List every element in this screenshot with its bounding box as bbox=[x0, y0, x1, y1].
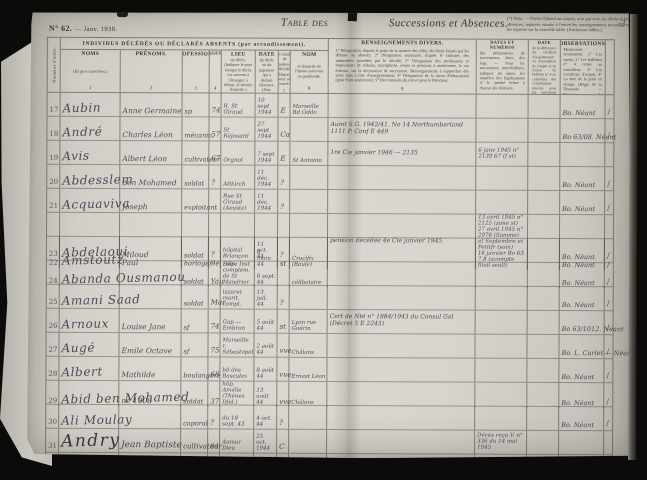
handwritten-num: 26 bbox=[49, 323, 58, 331]
cell-obs: Bo. Néant bbox=[560, 239, 605, 262]
handwritten-num: 19 bbox=[49, 155, 58, 163]
cell-tick bbox=[604, 431, 612, 454]
handwritten-sit: ? bbox=[280, 300, 284, 308]
handwritten-obs: Bo. Néant bbox=[561, 422, 594, 429]
col-number: 8 bbox=[308, 87, 311, 92]
cell-obs: Bo. Néant bbox=[561, 95, 606, 118]
ledger-row: 27AugéEmile Octavesf75Marseille r. Sébas… bbox=[46, 333, 612, 359]
cell-date: 6 sept. 44 bbox=[255, 262, 278, 287]
handwritten-date: 7 sept 1944 bbox=[257, 152, 276, 164]
handwritten-sit: E bbox=[280, 156, 285, 164]
handwritten-date: 13 juil. 44 bbox=[257, 290, 276, 308]
handwritten-nom: Arnoux bbox=[61, 317, 109, 331]
cell-age: 68 bbox=[208, 357, 220, 380]
cell-sit: ? bbox=[277, 406, 289, 429]
handwritten-lieu: Gap — Embrun bbox=[223, 319, 253, 331]
cell-tick: ∕ bbox=[605, 167, 613, 190]
scanned-ledger-photo: { "page": { "form_number": "N° 62.", "fo… bbox=[0, 0, 647, 480]
handwritten-decl: 6 janv 1945 n° 2139 67 (f st) bbox=[478, 148, 526, 160]
handwritten-prof: soldat bbox=[184, 300, 204, 307]
cell-prof: sf bbox=[182, 309, 209, 332]
col-sublabel: de famille de l'individu décédé: célibat… bbox=[279, 52, 291, 87]
handwritten-date: 4 oct. 44 bbox=[256, 416, 275, 428]
cell-num: 25 bbox=[47, 285, 60, 308]
handwritten-prof: sf bbox=[183, 348, 189, 355]
cell-prenoms: Charles Léon bbox=[120, 117, 182, 140]
cell-date2 bbox=[528, 311, 560, 334]
col-header-lieu: LIEU du décès. (Indiquer le pays lorsque… bbox=[222, 51, 256, 93]
cell-decl bbox=[475, 455, 527, 478]
handwritten-date: 5 août 44 bbox=[257, 320, 276, 332]
handwritten-date: 2 août 44 bbox=[256, 344, 275, 356]
handwritten-tick: ∕ bbox=[606, 399, 609, 408]
handwritten-num: 20 bbox=[49, 179, 58, 187]
cell-conjoint bbox=[289, 454, 327, 477]
cell-sit: ? bbox=[278, 238, 290, 261]
handwritten-conjoint: Châlons bbox=[291, 350, 313, 356]
handwritten-rens: 1re Cie janvier 1946 — 2135 bbox=[330, 150, 417, 157]
cell-rens bbox=[328, 238, 476, 262]
handwritten-decl: Décès reçu V. n° 336 du 14 mai 1945 bbox=[477, 433, 525, 451]
cell-lieu: Rue St Giraud (Aouste) bbox=[221, 190, 255, 213]
col-header-ticks bbox=[606, 40, 614, 94]
cell-lieu: Orgnol bbox=[221, 142, 255, 165]
col-label: NOM bbox=[302, 52, 316, 58]
handwritten-lieu: Hôp. complém. de St Mandrier bbox=[223, 262, 253, 286]
handwritten-lieu: Aumur Dieu bbox=[222, 439, 252, 451]
cell-prof: exploitant bbox=[182, 189, 209, 212]
form-number-main: N° 62. bbox=[49, 24, 72, 33]
handwritten-nom: Avis bbox=[62, 149, 90, 163]
cell-sit: C bbox=[277, 430, 289, 453]
cell-date2 bbox=[528, 263, 560, 288]
cell-tick: ∕ bbox=[605, 119, 613, 142]
cell-date: 27 sept 1944 bbox=[255, 118, 278, 141]
cell-decl bbox=[475, 335, 527, 358]
cell-prof: sp bbox=[183, 93, 210, 116]
handwritten-conjoint: St Antonin bbox=[292, 158, 322, 164]
col-sublabel: du décès ou du jugement qui a déclaré l'… bbox=[257, 58, 276, 93]
cell-date2 bbox=[527, 359, 559, 382]
handwritten-age: ? bbox=[211, 180, 215, 188]
handwritten-nom: Andry bbox=[61, 432, 121, 452]
handwritten-tick: ∕ bbox=[607, 204, 610, 213]
cell-obs: Bo 63/1012. Néant bbox=[560, 311, 605, 334]
cell-rens bbox=[328, 286, 476, 310]
cell-decl bbox=[476, 191, 528, 214]
cell-decl: 6 janv 1945 n° 2139 67 (f st) bbox=[476, 143, 528, 166]
cell-tick: ∕ bbox=[604, 407, 612, 430]
cell-date2 bbox=[527, 383, 559, 408]
cell-sit: vve bbox=[277, 382, 289, 407]
cell-rens: Cert de Nté n° 1884/1943 du Consul Gal (… bbox=[328, 310, 476, 334]
handwritten-obs: Bo. Néant bbox=[562, 302, 595, 309]
cell-rens bbox=[327, 430, 475, 454]
handwritten-sit: C bbox=[279, 444, 284, 452]
handwritten-nom: Ali Moulay bbox=[61, 413, 132, 428]
cell-date2 bbox=[528, 191, 560, 214]
cell-nom: Augé bbox=[59, 333, 119, 356]
handwritten-nom: Amani Saad bbox=[62, 293, 141, 308]
cell-date: 8 août 44 bbox=[254, 358, 277, 381]
cell-tick: ∕ bbox=[604, 359, 612, 382]
handwritten-sit: ? bbox=[280, 252, 284, 260]
cell-date2 bbox=[528, 287, 560, 310]
handwritten-conjoint: Lyon rue Guérin bbox=[292, 320, 326, 332]
cell-date2 bbox=[528, 119, 560, 142]
handwritten-nom: Abanda Ousmanou bbox=[62, 271, 186, 287]
cell-prof: soldat bbox=[182, 237, 209, 260]
cell-sit: ? bbox=[278, 166, 290, 189]
cell-decl bbox=[475, 407, 527, 430]
col-sublabel: (En gros caractères.) bbox=[73, 69, 107, 74]
cell-decl bbox=[476, 311, 528, 334]
handwritten-prenoms: Emile Octave bbox=[121, 347, 172, 355]
cell-nom: Ali Moulay bbox=[59, 405, 119, 428]
cell-prenoms bbox=[119, 453, 181, 476]
cell-tick: ∕ bbox=[605, 239, 613, 262]
cell-tick: ∕ bbox=[604, 335, 612, 358]
col-header-order-label: Numéros d'ordre. bbox=[51, 47, 56, 83]
cell-lieu: R. St Giraud bbox=[222, 94, 256, 117]
cell-prenoms: Jean Baptiste bbox=[119, 429, 181, 452]
handwritten-date: 25 oct. 1944 bbox=[256, 434, 275, 452]
handwritten-prof: soldat bbox=[184, 180, 204, 187]
handwritten-nom: Abid ben Mohamed bbox=[61, 391, 189, 407]
handwritten-obs: Bo. Néant bbox=[562, 254, 595, 261]
cell-lieu: Aumur Dieu bbox=[220, 430, 254, 453]
handwritten-nom: Abdelaoui bbox=[62, 245, 129, 260]
handwritten-tick: ∕ bbox=[607, 324, 610, 333]
ledger-row: 21AcquavivaJosephexploitantRue St Giraud… bbox=[47, 189, 613, 215]
cell-conjoint: Ernest Léon bbox=[289, 358, 327, 381]
cell-sit: vve bbox=[277, 358, 289, 381]
cell-num: 21 bbox=[47, 189, 60, 212]
cell-prof: mécanic. bbox=[182, 117, 209, 140]
cell-rens: Aumt S.G. 1942/41. No 14 Northumberland … bbox=[328, 118, 476, 142]
cell-tick: ∕ bbox=[605, 311, 613, 334]
cell-date: 2 août 44 bbox=[254, 334, 277, 357]
handwritten-date: 11 déc. 1944 bbox=[257, 194, 276, 212]
ledger-row: 20Abdesslemben Mohamedsoldat?Altkirch11 … bbox=[47, 165, 613, 191]
col-header-conjoint: NOM et domicile de l'époux survivant ou … bbox=[291, 51, 329, 93]
cell-nom: Aubin bbox=[61, 93, 121, 116]
handwritten-lieu: lazaret marit. compl. bbox=[223, 289, 253, 307]
ledger-row: 19AvisAlbert Léoncultivateur67Orgnol7 se… bbox=[47, 141, 613, 167]
handwritten-tick: ∕ bbox=[607, 132, 610, 141]
cell-rens bbox=[327, 358, 475, 382]
handwritten-nom: Augé bbox=[61, 341, 95, 355]
cell-age: 74 bbox=[209, 309, 221, 332]
handwritten-prenoms: Mathilde bbox=[121, 371, 155, 379]
handwritten-date: 13 août 44 bbox=[256, 388, 275, 406]
cell-prof: caporal bbox=[181, 405, 208, 428]
handwritten-date: 6 sept. 44 bbox=[257, 274, 276, 286]
handwritten-obs: Bo. Néant bbox=[562, 182, 595, 189]
folio-number: 3 bbox=[621, 18, 626, 28]
col-header-noms: NOMS (En gros caractères.) 1 bbox=[61, 50, 121, 92]
handwritten-tick: ∕ bbox=[606, 420, 609, 429]
cell-sit bbox=[278, 262, 290, 287]
ledger-row: 30Ali Moulaycaporal?du 18 sept. 434 oct.… bbox=[46, 405, 612, 431]
cell-obs: Bo. Néant bbox=[559, 383, 604, 408]
handwritten-lieu: bd des Bascules bbox=[222, 367, 252, 379]
cell-rens bbox=[329, 94, 477, 118]
cell-num: 18 bbox=[47, 117, 60, 140]
cell-lieu: St Réjouard bbox=[221, 118, 255, 141]
cell-age: Yau bbox=[209, 261, 221, 286]
col-header-situation: de famille de l'individu décédé: célibat… bbox=[279, 51, 291, 93]
cell-prenoms: Miloud bbox=[120, 237, 182, 260]
ledger-row: 25Amani SaadsoldatMarlazaret marit. comp… bbox=[47, 285, 613, 311]
cell-sit: ? bbox=[278, 286, 290, 309]
cell-lieu: Altkirch bbox=[221, 166, 255, 189]
cell-prof: sf bbox=[181, 333, 208, 356]
handwritten-date: 10 sept 1944 bbox=[258, 98, 277, 116]
cell-nom: Abdesslem bbox=[60, 165, 120, 188]
cell-num: 28 bbox=[46, 357, 59, 380]
handwritten-date: 11 déc. 1944 bbox=[257, 170, 276, 188]
cell-nom: Acquaviva bbox=[60, 189, 120, 212]
cell-obs bbox=[560, 143, 605, 166]
col-label: ÂGES. bbox=[210, 51, 222, 56]
cell-age: 37 bbox=[208, 381, 220, 406]
handwritten-obs: Bo. Néant bbox=[562, 206, 595, 213]
handwritten-sit: E bbox=[281, 108, 286, 116]
handwritten-age: 68 bbox=[210, 372, 219, 380]
cell-obs: Bo. Néant bbox=[559, 407, 604, 430]
form-number-date: — Janv. 1938. bbox=[75, 26, 118, 33]
cell-age: 67 bbox=[209, 141, 221, 164]
handwritten-prof: sp bbox=[185, 108, 193, 115]
cell-prof: cultivateur bbox=[181, 429, 208, 452]
cell-lieu: hôpital Briançon bbox=[221, 238, 255, 261]
ledger-row: 18AndréCharles Léonmécanic.57St Réjouard… bbox=[47, 117, 613, 143]
cell-conjoint bbox=[290, 166, 328, 189]
handwritten-lieu: R. St Giraud bbox=[224, 103, 254, 115]
cell-date2 bbox=[528, 239, 560, 262]
cell-obs: Bo 63/08. Néant bbox=[560, 119, 605, 142]
cell-nom: Avis bbox=[60, 141, 120, 164]
col-number: 2 bbox=[150, 86, 153, 91]
handwritten-nom: Aubin bbox=[62, 101, 101, 115]
handwritten-prof: caporal bbox=[183, 420, 208, 427]
handwritten-num: 17 bbox=[50, 107, 59, 115]
ledger-row bbox=[46, 453, 612, 479]
col-header-professions: PROFESSIONS. 3 bbox=[183, 50, 210, 92]
handwritten-age: 75 bbox=[210, 348, 219, 356]
cell-sit: st bbox=[278, 310, 290, 333]
ledger-row: 31AndryJean Baptistecultivateur84Aumur D… bbox=[46, 429, 612, 455]
ledger-row: 26ArnouxLouise Janesf74Gap — Embrun5 aoû… bbox=[47, 309, 613, 335]
col-number: 9 bbox=[401, 87, 404, 92]
cell-date: 10 sept 1944 bbox=[256, 94, 279, 117]
cell-obs bbox=[559, 455, 604, 478]
cell-conjoint: Marseille Bd Oddo bbox=[291, 94, 329, 117]
header-footnote: (*) Nota. — Porter d'abord au crayon, ac… bbox=[507, 16, 629, 33]
ledger-row: 24Abanda OusmanousoldatYauHôp. complém. … bbox=[47, 261, 613, 287]
col-label: DATES ET NUMÉROS bbox=[478, 41, 527, 51]
handwritten-nom: Albert bbox=[61, 365, 103, 379]
cell-nom: André bbox=[60, 117, 120, 140]
cell-lieu: bd des Bascules bbox=[220, 358, 254, 381]
cell-decl: 13 avril 1945 n° 2125 (zone st) 27 avril… bbox=[476, 215, 528, 271]
cell-prenoms: Emile Octave bbox=[119, 333, 181, 356]
col-label: PRÉNOMS. bbox=[136, 51, 167, 57]
cell-conjoint bbox=[290, 238, 328, 261]
ledger-row: 28AlbertMathildeboulangère68bd des Bascu… bbox=[46, 357, 612, 383]
cell-date: 4 oct. 44 bbox=[254, 406, 277, 429]
handwritten-date: 11 oct. 44 bbox=[257, 242, 276, 260]
col-header-observations: OBSERVATIONS. Mentionner notamment: 1° L… bbox=[561, 40, 606, 94]
cell-lieu: Gap — Embrun bbox=[221, 310, 255, 333]
cell-tick bbox=[605, 143, 613, 166]
cell-sit: Ca bbox=[278, 118, 290, 141]
cell-lieu bbox=[220, 454, 254, 477]
cell-prenoms: Louise Jane bbox=[120, 309, 182, 332]
handwritten-tick: ∕ bbox=[608, 108, 611, 117]
cell-conjoint: Lyon rue Guérin bbox=[290, 310, 328, 333]
cell-sit: ? bbox=[278, 190, 290, 213]
cell-conjoint: célibataire bbox=[290, 262, 328, 287]
successions-table: Numéros d'ordre. INDIVIDUS DÉCÉDÉS OU DÉ… bbox=[45, 37, 615, 480]
cell-tick: ∕ bbox=[604, 383, 612, 408]
cell-lieu: lazaret marit. compl. bbox=[221, 286, 255, 309]
cell-lieu: du 18 sept. 43 bbox=[220, 406, 254, 429]
cell-nom: Albert bbox=[59, 357, 119, 380]
cell-rens: 1re Cie janvier 1946 — 2135 bbox=[328, 142, 476, 166]
cell-obs: Bo. Néant bbox=[560, 191, 605, 214]
cell-decl: Décès reçu V. n° 336 du 14 mai 1945 bbox=[475, 431, 527, 454]
cell-obs: Bo. Néant bbox=[560, 263, 605, 288]
cell-prof: boulangère bbox=[181, 357, 208, 380]
handwritten-obs: Bo. Néant bbox=[563, 110, 596, 117]
handwritten-num: 30 bbox=[48, 419, 57, 427]
handwritten-age: ? bbox=[210, 420, 214, 428]
cell-age: Mar bbox=[209, 285, 221, 308]
cell-lieu: Hôp. complém. de St Mandrier bbox=[221, 262, 255, 287]
handwritten-lieu: Marseille r. Sébastopol bbox=[222, 337, 253, 355]
cell-age: ? bbox=[208, 405, 220, 428]
handwritten-num: 23 bbox=[49, 251, 58, 259]
handwritten-num: 18 bbox=[49, 131, 58, 139]
handwritten-rens: Aumt S.G. 1942/41. No 14 Northumberland … bbox=[330, 122, 474, 136]
col-sublabel: des déclarations de successions, dates d… bbox=[480, 51, 525, 91]
cell-date2 bbox=[529, 95, 561, 118]
form-number: N° 62. — Janv. 1938. bbox=[49, 24, 118, 33]
cell-date bbox=[254, 454, 277, 477]
cell-rens bbox=[327, 454, 475, 478]
handwritten-age: 74 bbox=[212, 108, 221, 116]
cell-age: ? bbox=[209, 165, 221, 188]
cell-prof: soldat bbox=[182, 165, 209, 188]
cell-decl bbox=[475, 383, 527, 408]
handwritten-tick: ∕ bbox=[606, 372, 609, 381]
handwritten-obs: Bo 63/1012. Néant bbox=[562, 326, 624, 333]
handwritten-sit: Ca bbox=[280, 132, 290, 140]
cell-conjoint bbox=[290, 190, 328, 213]
cell-num: 19 bbox=[47, 141, 60, 164]
handwritten-age: ? bbox=[211, 252, 215, 260]
col-label: NOMS bbox=[81, 51, 99, 57]
page-title-left: Table des bbox=[281, 17, 328, 29]
cell-sit bbox=[277, 454, 289, 477]
cell-tick: ∕ bbox=[605, 287, 613, 310]
cell-date: 13 août 44 bbox=[254, 382, 277, 407]
cell-conjoint bbox=[289, 406, 327, 429]
col-header-declarations: DATES ET NUMÉROS des déclarations de suc… bbox=[477, 40, 529, 94]
handwritten-num: 25 bbox=[49, 299, 58, 307]
handwritten-obs: Bo. Néant bbox=[561, 374, 594, 381]
cell-decl bbox=[476, 119, 528, 142]
page-title-right: Successions et Absences. bbox=[389, 17, 508, 30]
cell-num: 27 bbox=[46, 333, 59, 356]
handwritten-conjoint: Marseille Bd Oddo bbox=[293, 104, 327, 116]
cell-obs: Bo. Néant bbox=[560, 167, 605, 190]
cell-age bbox=[208, 453, 220, 476]
cell-conjoint: St Antonin bbox=[290, 142, 328, 165]
handwritten-lieu: hôp. Amélie (Thènes Djid.) bbox=[222, 382, 252, 406]
cell-decl bbox=[477, 95, 529, 118]
cell-obs: Bo. Néant bbox=[559, 359, 604, 382]
col-sublabel: de la délivrance du certificat d'acquitt… bbox=[532, 46, 556, 94]
page-stack-edge bbox=[628, 14, 638, 460]
cell-rens bbox=[328, 166, 476, 190]
cell-prenoms: Albert Léon bbox=[120, 141, 182, 164]
cell-obs bbox=[559, 431, 604, 454]
handwritten-prenoms: Jean Baptiste bbox=[121, 441, 182, 451]
cell-prof bbox=[181, 453, 208, 476]
cell-decl bbox=[476, 167, 528, 190]
cell-num: 23 bbox=[47, 237, 60, 260]
cell-rens bbox=[327, 382, 475, 408]
cell-conjoint bbox=[290, 286, 328, 309]
cell-decl bbox=[475, 359, 527, 382]
cell-age: 57 bbox=[209, 117, 221, 140]
col-header-ages: ÂGES. 4 bbox=[210, 50, 222, 92]
handwritten-tick: ∕ bbox=[607, 252, 610, 261]
handwritten-num: 27 bbox=[48, 347, 57, 355]
cell-tick bbox=[604, 455, 612, 478]
cell-num: 17 bbox=[48, 93, 61, 116]
handwritten-lieu: Rue St Giraud (Aouste) bbox=[223, 193, 253, 211]
handwritten-prenoms: Charles Léon bbox=[122, 131, 173, 139]
cell-nom: Amani Saad bbox=[60, 285, 120, 308]
col-header-order: Numéros d'ordre. bbox=[48, 38, 61, 92]
ink-blot-mark bbox=[117, 11, 128, 17]
cell-date: 25 oct. 1944 bbox=[254, 430, 277, 453]
handwritten-sit: ? bbox=[280, 180, 284, 188]
handwritten-prof: soldat bbox=[184, 252, 204, 259]
cell-date: 5 août 44 bbox=[255, 310, 278, 333]
col-number: 1 bbox=[89, 86, 92, 91]
handwritten-age: 74 bbox=[211, 324, 220, 332]
cell-date2 bbox=[527, 455, 559, 478]
cell-sit: vve bbox=[277, 334, 289, 357]
cell-prenoms: Anne Germaine bbox=[121, 93, 183, 116]
handwritten-age: 57 bbox=[211, 132, 220, 140]
cell-conjoint bbox=[290, 118, 328, 141]
col-header-date-envoi: DATE de la délivrance du certificat d'ac… bbox=[529, 40, 561, 94]
handwritten-prenoms: Louise Jane bbox=[122, 323, 166, 331]
cell-rens bbox=[327, 334, 475, 358]
handwritten-nom: André bbox=[62, 125, 102, 139]
cell-sit: E bbox=[278, 142, 290, 165]
handwritten-age: 67 bbox=[211, 156, 220, 164]
cell-date: 7 sept 1944 bbox=[255, 142, 278, 165]
handwritten-lieu: St Réjouard bbox=[223, 127, 253, 139]
handwritten-nom: Acquaviva bbox=[62, 197, 130, 212]
